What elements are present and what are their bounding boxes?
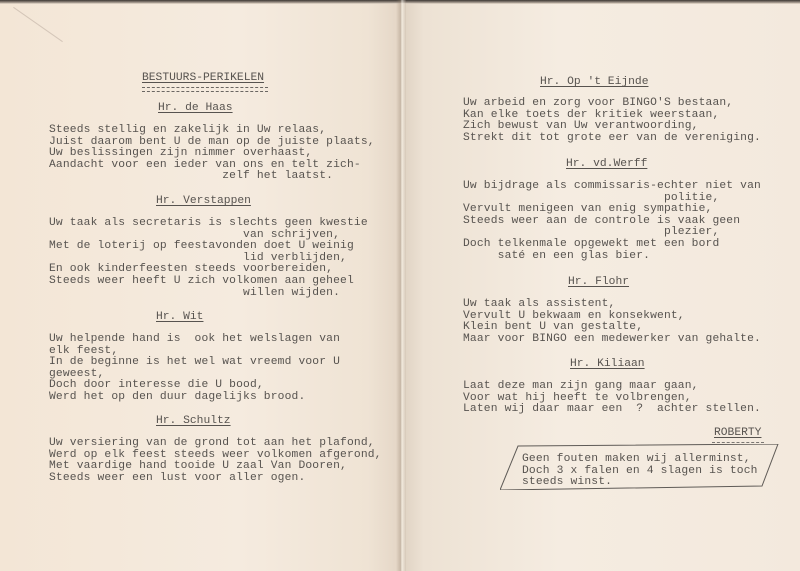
heading-vd-werff: Hr. vd.Werff bbox=[566, 158, 647, 170]
boxed-note: Geen fouten maken wij allerminst, Doch 3… bbox=[500, 444, 780, 490]
verse-de-haas: Steeds stellig en zakelijk in Uw relaas,… bbox=[49, 125, 375, 183]
heading-schultz: Hr. Schultz bbox=[156, 415, 231, 427]
verse-wit: Uw helpende hand is ook het welslagen va… bbox=[49, 334, 340, 404]
heading-flohr: Hr. Flohr bbox=[568, 276, 629, 288]
document-title: BESTUURS-PERIKELEN bbox=[142, 72, 264, 84]
verse-vd-werff: Uw bijdrage als commissaris-echter niet … bbox=[463, 181, 761, 262]
boxed-note-text: Geen fouten maken wij allerminst, Doch 3… bbox=[522, 454, 758, 489]
verse-verstappen: Uw taak als secretaris is slechts geen k… bbox=[49, 218, 368, 299]
verse-schultz: Uw versiering van de grond tot aan het p… bbox=[49, 438, 382, 484]
verse-flohr: Uw taak als assistent, Vervult U bekwaam… bbox=[463, 299, 761, 345]
heading-op-t-eijnde: Hr. Op 't Eijnde bbox=[540, 76, 648, 88]
heading-verstappen: Hr. Verstappen bbox=[156, 195, 251, 207]
signature: ROBERTY bbox=[714, 427, 761, 439]
verse-kiliaan: Laat deze man zijn gang maar gaan, Voor … bbox=[463, 381, 761, 416]
center-fold bbox=[396, 0, 406, 571]
paper-crease bbox=[13, 7, 63, 42]
title-double-underline bbox=[142, 87, 268, 92]
signature-underline bbox=[712, 442, 764, 443]
verse-op-t-eijnde: Uw arbeid en zorg voor BINGO'S bestaan, … bbox=[463, 98, 761, 144]
heading-de-haas: Hr. de Haas bbox=[158, 102, 233, 114]
heading-wit: Hr. Wit bbox=[156, 311, 203, 323]
heading-kiliaan: Hr. Kiliaan bbox=[570, 358, 645, 370]
